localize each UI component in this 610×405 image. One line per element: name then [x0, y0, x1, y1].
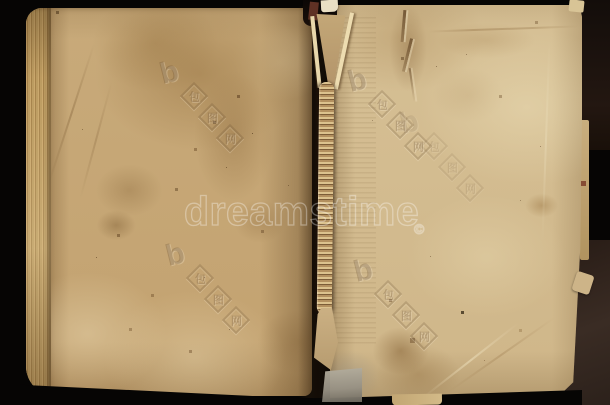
- spine-torn-paper-tab: [321, 0, 339, 12]
- torn-tab-bottom: [392, 394, 442, 405]
- stock-photo-open-book: b 包 图 网 b 包 图 网 b 包 图 网 b 包 图 网 b 包 图 网 …: [0, 0, 610, 405]
- left-page-fore-edge-stack: [26, 8, 51, 396]
- gray-page-edges: [322, 368, 362, 402]
- torn-tab-top-right: [568, 0, 584, 13]
- left-book-block: [26, 8, 312, 396]
- spine-stitching: [317, 82, 334, 314]
- left-page: [51, 8, 312, 396]
- right-page-specks: [0, 0, 1, 1]
